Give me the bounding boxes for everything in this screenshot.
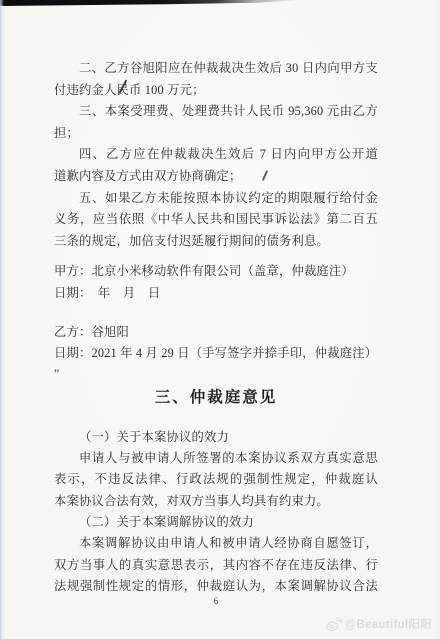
- document-text-line: 担；: [54, 123, 378, 145]
- document-text-line: 申请人与被申请人所签署的本案协议系双方真实意思: [54, 448, 378, 469]
- document-text-line: 三、本案受理费、处理费共计人民币 95,360 元由乙方承: [54, 101, 378, 123]
- document-text-line: 表示，不违反法律、行政法规的强制性规定，仲裁庭认为，: [54, 469, 378, 490]
- document-text-line: 法规强制性规定的情形，仲裁庭认为，本案调解协议合法有: [54, 576, 378, 597]
- document-text-line: 五、如果乙方未能按照本协议约定的期限履行给付金钱: [54, 188, 378, 210]
- document-content: 二、乙方谷旭阳应在仲裁裁决生效后 30 日内向甲方支 付违约金人民币 100 万…: [54, 0, 378, 597]
- tribunal-opinion-section: （一）关于本案协议的效力 申请人与被申请人所签署的本案协议系双方真实意思 表示，…: [54, 427, 378, 597]
- document-text-line: 本案调解协议由申请人和被申请人经协商自愿签订，是: [54, 533, 378, 554]
- document-text-line: 四、乙方应在仲裁裁决生效后 7 日内向甲方公开道歉，: [54, 144, 378, 166]
- page-left-edge: [0, 0, 4, 639]
- watermark-handle: @Beautiful阳阳: [345, 616, 432, 632]
- party-b-signature-block: 乙方：谷旭阳 日期：2021 年 4 月 29 日（手写签字并捺手印，仲裁庭注）…: [54, 322, 378, 382]
- weibo-icon: [325, 617, 342, 632]
- weibo-watermark: @Beautiful阳阳: [325, 614, 432, 634]
- party-b-name-line: 乙方：谷旭阳: [54, 322, 378, 344]
- stray-quote-mark: ”: [54, 365, 378, 382]
- document-text-line: 道歉内容及方式由双方协商确定；: [54, 166, 378, 188]
- document-text-line: 义务，应当依照《中华人民共和国民事诉讼法》第二百五十: [54, 209, 378, 231]
- page-number: 6: [0, 596, 432, 606]
- document-text-line: 二、乙方谷旭阳应在仲裁裁决生效后 30 日内向甲方支: [54, 58, 378, 80]
- document-text-line: 三条的规定，加倍支付迟延履行期间的债务利息。: [54, 231, 378, 253]
- party-b-date-line: 日期：2021 年 4 月 29 日（手写签字并捺手印，仲裁庭注）: [54, 343, 378, 365]
- document-text-line: （一）关于本案协议的效力: [54, 427, 378, 448]
- document-text-line: （二）关于本案调解协议的效力: [54, 512, 378, 533]
- document-text-line: 本案协议合法有效，对双方当事人均具有约束力。: [54, 491, 378, 512]
- document-text-line: 双方当事人的真实意思表示，其内容不存在违反法律、行政: [54, 555, 378, 576]
- party-a-signature-block: 甲方：北京小米移动软件有限公司（盖章，仲裁庭注） 日期： 年 月 日: [54, 261, 378, 304]
- party-a-name-line: 甲方：北京小米移动软件有限公司（盖章，仲裁庭注）: [54, 261, 378, 283]
- section-heading: 三、仲裁庭意见: [54, 385, 378, 410]
- scanned-document-page: 二、乙方谷旭阳应在仲裁裁决生效后 30 日内向甲方支 付违约金人民币 100 万…: [0, 0, 440, 639]
- document-text-line: 付违约金人民币 100 万元；: [54, 80, 378, 102]
- party-a-date-line: 日期： 年 月 日: [54, 283, 378, 305]
